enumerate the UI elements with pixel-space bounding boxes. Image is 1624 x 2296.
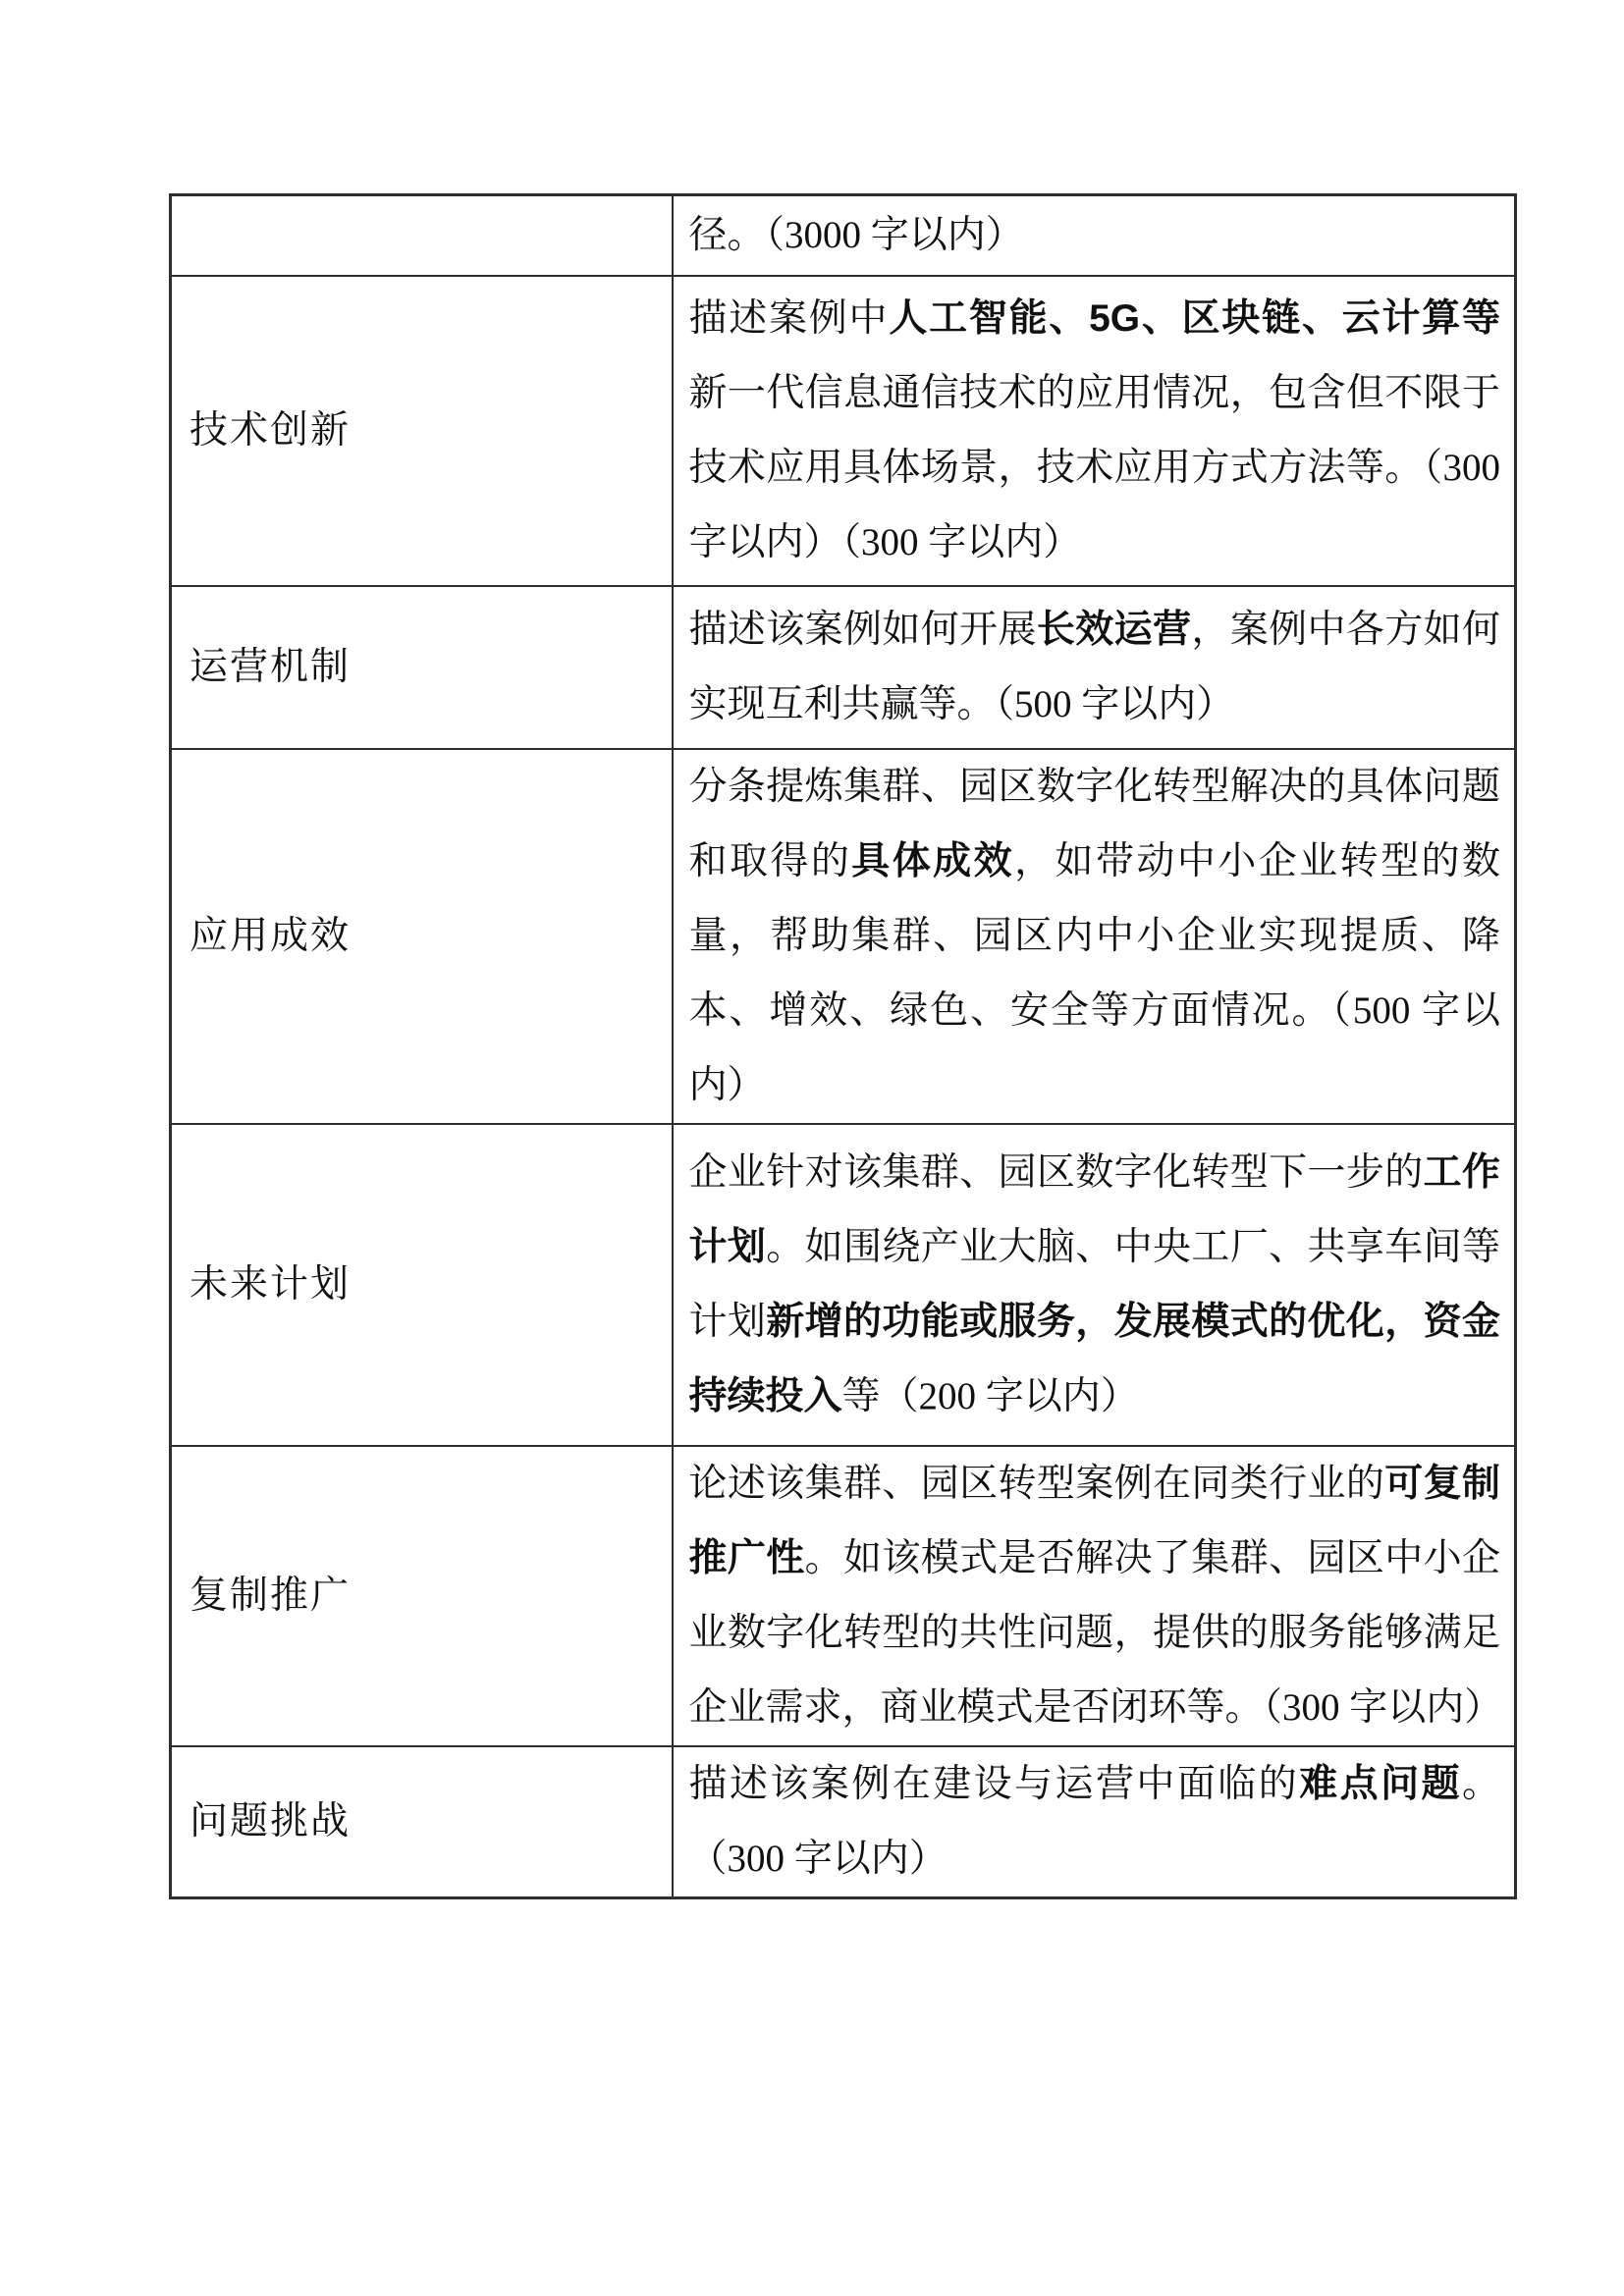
table-row: 未来计划企业针对该集群、园区数字化转型下一步的工作计划。如围绕产业大脑、中央工厂… <box>171 1124 1516 1446</box>
text-segment: 描述该案例在建设与运营中面临的 <box>689 1763 1300 1805</box>
text-segment: 新一代信息通信技术的应用情况，包含但不限于技术应用具体场景，技术应用方式方法等。… <box>689 372 1501 563</box>
row-content-cell: 描述该案例在建设与运营中面临的难点问题。（300 字以内） <box>673 1746 1516 1898</box>
text-segment: 描述该案例如何开展 <box>689 609 1037 651</box>
table-row: 应用成效分条提炼集群、园区数字化转型解决的具体问题和取得的具体成效，如带动中小企… <box>171 749 1516 1124</box>
row-content-cell: 径。（3000 字以内） <box>673 195 1516 277</box>
table-row: 运营机制描述该案例如何开展长效运营，案例中各方如何实现互利共赢等。（500 字以… <box>171 586 1516 749</box>
row-label-cell <box>171 195 673 277</box>
emphasis-text-segment: 具体成效 <box>851 840 1014 882</box>
row-label-cell: 运营机制 <box>171 586 673 749</box>
row-content-cell: 论述该集群、园区转型案例在同类行业的可复制推广性。如该模式是否解决了集群、园区中… <box>673 1446 1516 1746</box>
emphasis-text-segment: 长效运营 <box>1037 609 1192 651</box>
row-label-cell: 问题挑战 <box>171 1746 673 1898</box>
row-content-cell: 分条提炼集群、园区数字化转型解决的具体问题和取得的具体成效，如带动中小企业转型的… <box>673 749 1516 1124</box>
text-segment: 企业针对该集群、园区数字化转型下一步的 <box>689 1151 1424 1194</box>
text-segment: 论述该集群、园区转型案例在同类行业的 <box>689 1463 1385 1505</box>
emphasis-text-segment: 难点问题 <box>1299 1763 1462 1805</box>
emphasis-text-segment: 人工智能、5G、区块链、云计算等 <box>889 297 1500 340</box>
row-content-cell: 描述该案例如何开展长效运营，案例中各方如何实现互利共赢等。（500 字以内） <box>673 586 1516 749</box>
row-content-cell: 描述案例中人工智能、5G、区块链、云计算等新一代信息通信技术的应用情况，包含但不… <box>673 276 1516 586</box>
table-row: 问题挑战描述该案例在建设与运营中面临的难点问题。（300 字以内） <box>171 1746 1516 1898</box>
table-row: 复制推广论述该集群、园区转型案例在同类行业的可复制推广性。如该模式是否解决了集群… <box>171 1446 1516 1746</box>
case-requirements-table: 径。（3000 字以内）技术创新描述案例中人工智能、5G、区块链、云计算等新一代… <box>169 193 1517 1899</box>
row-label-cell: 技术创新 <box>171 276 673 586</box>
text-segment: 径。（3000 字以内） <box>689 214 1024 256</box>
row-label-cell: 应用成效 <box>171 749 673 1124</box>
row-label-cell: 未来计划 <box>171 1124 673 1446</box>
text-segment: 。如该模式是否解决了集群、园区中小企业数字化转型的共性问题，提供的服务能够满足企… <box>689 1537 1503 1729</box>
table-row: 径。（3000 字以内） <box>171 195 1516 277</box>
table-body: 径。（3000 字以内）技术创新描述案例中人工智能、5G、区块链、云计算等新一代… <box>171 195 1516 1898</box>
row-content-cell: 企业针对该集群、园区数字化转型下一步的工作计划。如围绕产业大脑、中央工厂、共享车… <box>673 1124 1516 1446</box>
document-page: 径。（3000 字以内）技术创新描述案例中人工智能、5G、区块链、云计算等新一代… <box>0 0 1624 2296</box>
row-label-cell: 复制推广 <box>171 1446 673 1746</box>
table-row: 技术创新描述案例中人工智能、5G、区块链、云计算等新一代信息通信技术的应用情况，… <box>171 276 1516 586</box>
text-segment: 等（200 字以内） <box>842 1375 1139 1417</box>
text-segment: 描述案例中 <box>689 297 890 340</box>
